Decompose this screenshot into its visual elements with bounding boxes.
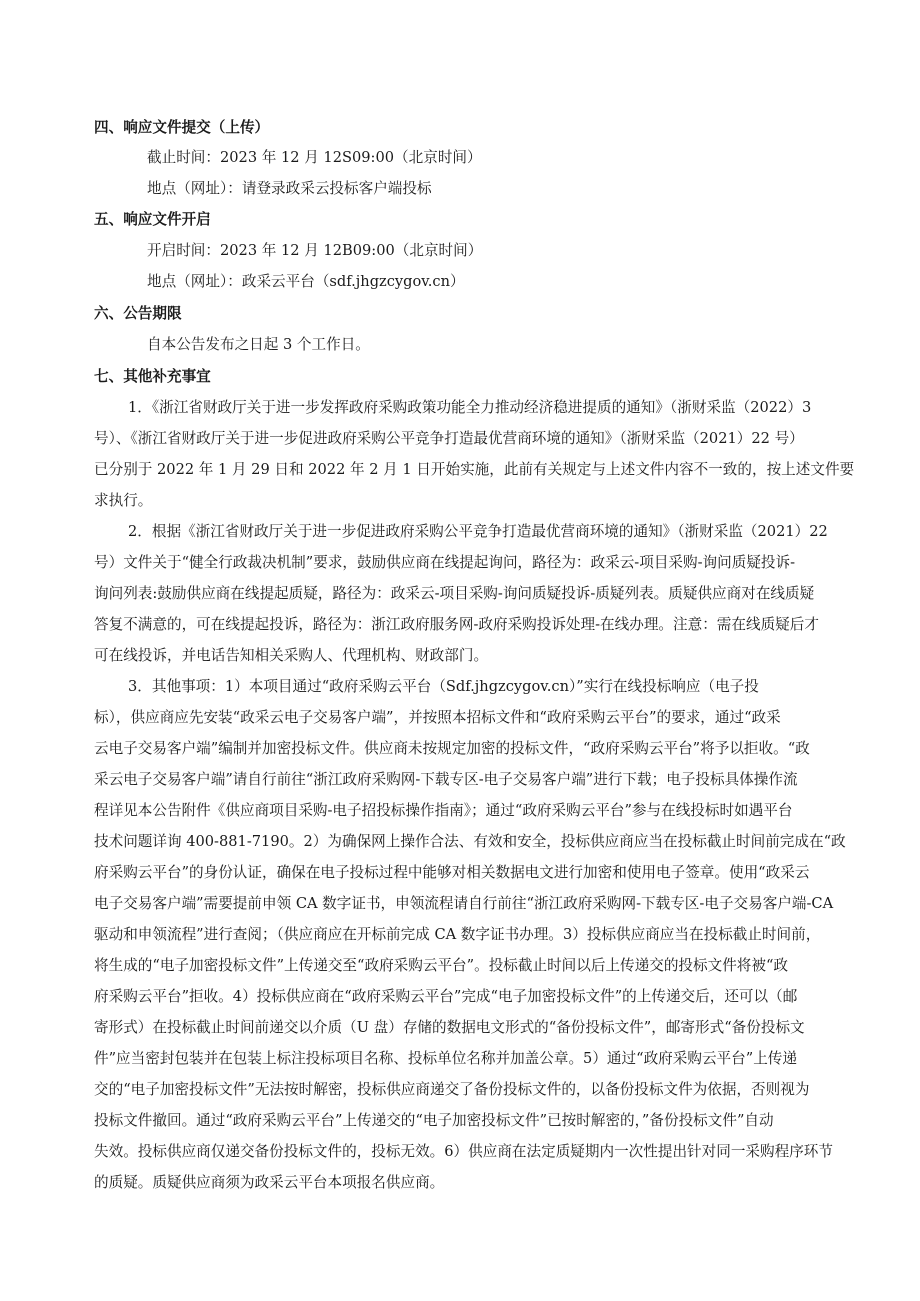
para3-line: 3．其他事项：1）本项目通过“政府采购云平台（Sdf.jhgzcygov.cn）… — [128, 677, 759, 697]
para3-line: 投标文件撤回。通过“政府采购云平台”上传递交的“电子加密投标文件”已按时解密的，… — [94, 1111, 864, 1131]
para3-line: 标），供应商应先安装“政采云电子交易客户端”，并按照本招标文件和“政府采购云平台… — [94, 708, 864, 728]
para3-line: 采云电子交易客户端”请自行前往“浙江政府采购网-下载专区-电子交易客户端”进行下… — [94, 770, 864, 790]
para1-line: 号）、《浙江省财政厅关于进一步促进政府采购公平竞争打造最优营商环境的通知》（浙财… — [94, 429, 864, 449]
para3-line: 寄形式）在投标截止时间前递交以介质（U 盘）存储的数据电文形式的“备份投标文件”… — [94, 1018, 864, 1038]
para3-line: 失效。投标供应商仅递交备份投标文件的，投标无效。6）供应商在法定质疑期内一次性提… — [94, 1142, 864, 1162]
section-heading-supplementary: 七、其他补充事宜 — [94, 367, 211, 387]
para2-line: 询问列表:鼓励供应商在线提起质疑，路径为：政采云-项目采购-询问质疑投诉-质疑列… — [94, 584, 864, 604]
para3-line: 件”应当密封包装并在包装上标注投标项目名称、投标单位名称并加盖公章。5）通过“政… — [94, 1049, 864, 1069]
opening-time: 开启时间：2023 年 12 月 12B09:00（北京时间） — [147, 241, 482, 261]
para3-line: 将生成的“电子加密投标文件”上传递交至“政府采购云平台”。投标截止时间以后上传递… — [94, 956, 864, 976]
para2-line: 答复不满意的，可在线提起投诉，路径为：浙江政府服务网-政府采购投诉处理-在线办理… — [94, 615, 864, 635]
para2-line: 号）文件关于“健全行政裁决机制”要求，鼓励供应商在线提起询问，路径为：政采云-项… — [94, 553, 864, 573]
para3-line: 交的“电子加密投标文件”无法按时解密，投标供应商递交了备份投标文件的，以备份投标… — [94, 1080, 864, 1100]
para1-line: 已分别于 2022 年 1 月 29 日和 2022 年 2 月 1 日开始实施… — [94, 460, 864, 480]
para3-line: 府采购云平台”的身份认证，确保在电子投标过程中能够对相关数据电文进行加密和使用电… — [94, 863, 864, 883]
section-heading-opening: 五、响应文件开启 — [94, 210, 211, 230]
opening-location: 地点（网址）：政采云平台（sdf.jhgzcygov.cn） — [147, 272, 465, 292]
para3-line: 技术问题详询 400-881-7190。2）为确保网上操作合法、有效和安全，投标… — [94, 832, 864, 852]
para1-line: 1．《浙江省财政厅关于进一步发挥政府采购政策功能全力推动经济稳进提质的通知》（浙… — [128, 398, 811, 418]
para1-line: 求执行。 — [94, 491, 864, 511]
section-heading-notice-period: 六、公告期限 — [94, 304, 182, 324]
para3-line: 的质疑。质疑供应商须为政采云平台本项报名供应商。 — [94, 1173, 864, 1193]
para2-line: 可在线投诉，并电话告知相关采购人、代理机构、财政部门。 — [94, 646, 864, 666]
para3-line: 府采购云平台”拒收。4）投标供应商在“政府采购云平台”完成“电子加密投标文件”的… — [94, 987, 864, 1007]
para3-line: 电子交易客户端”需要提前申领 CA 数字证书，申领流程请自行前往“浙江政府采购网… — [94, 894, 864, 914]
para3-line: 驱动和申领流程”进行查阅；（供应商应在开标前完成 CA 数字证书办理。3）投标供… — [94, 925, 864, 945]
submission-location: 地点（网址）：请登录政采云投标客户端投标 — [147, 179, 432, 199]
submission-deadline: 截止时间：2023 年 12 月 12S09:00（北京时间） — [147, 148, 482, 168]
para3-line: 云电子交易客户端”编制并加密投标文件。供应商未按规定加密的投标文件，“政府采购云… — [94, 739, 864, 759]
document-page: 四、响应文件提交（上传） 截止时间：2023 年 12 月 12S09:00（北… — [0, 0, 920, 1301]
notice-period-text: 自本公告发布之日起 3 个工作日。 — [147, 335, 370, 355]
para3-line: 程详见本公告附件《供应商项目采购-电子招投标操作指南》；通过“政府采购云平台”参… — [94, 801, 864, 821]
para2-line: 2．根据《浙江省财政厅关于进一步促进政府采购公平竞争打造最优营商环境的通知》（浙… — [128, 522, 828, 542]
section-heading-submission: 四、响应文件提交（上传） — [94, 118, 269, 138]
